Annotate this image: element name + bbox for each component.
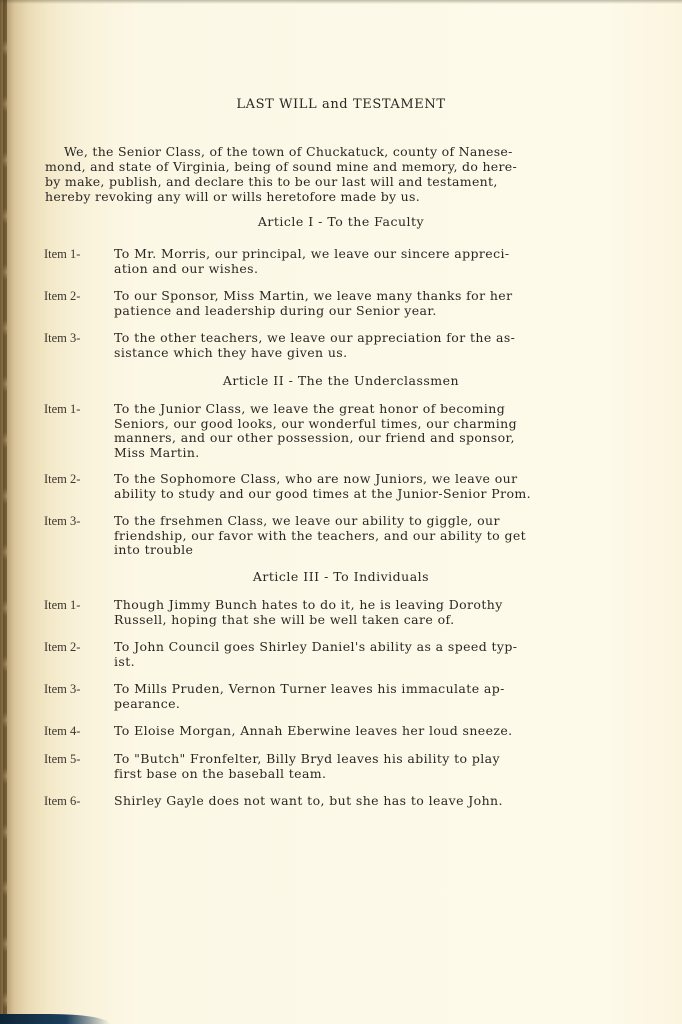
intro-line: mond, and state of Virginia, being of so…	[45, 159, 615, 174]
item-label: Item 3-	[44, 331, 80, 346]
item-line: manners, and our other possession, our f…	[114, 431, 517, 446]
item-line: into trouble	[114, 543, 526, 558]
item-line: To our Sponsor, Miss Martin, we leave ma…	[114, 289, 512, 304]
item-label: Item 5-	[44, 752, 80, 767]
item-line: ist.	[114, 655, 517, 670]
item-line: pearance.	[114, 697, 505, 712]
item-line: To the Sophomore Class, who are now Juni…	[114, 472, 531, 487]
item-text: Shirley Gayle does not want to, but she …	[114, 794, 503, 809]
item-text: To the frsehmen Class, we leave our abil…	[114, 514, 526, 558]
item-line: To the frsehmen Class, we leave our abil…	[114, 514, 526, 529]
item-label: Item 3-	[44, 514, 80, 529]
item-label: Item 6-	[44, 794, 80, 809]
item-text: To the other teachers, we leave our appr…	[114, 331, 515, 360]
item-line: patience and leadership during our Senio…	[114, 304, 512, 319]
item-label: Item 1-	[44, 598, 80, 613]
item-text: To John Council goes Shirley Daniel's ab…	[114, 640, 517, 669]
item-line: friendship, our favor with the teachers,…	[114, 529, 526, 544]
document-title: LAST WILL and TESTAMENT	[0, 97, 682, 112]
intro-line: hereby revoking any will or wills hereto…	[45, 189, 615, 204]
item-label: Item 2-	[44, 472, 80, 487]
item-label: Item 1-	[44, 247, 80, 262]
item-line: first base on the baseball team.	[114, 767, 500, 782]
item-text: To our Sponsor, Miss Martin, we leave ma…	[114, 289, 512, 318]
item-label: Item 2-	[44, 640, 80, 655]
item-line: To Mr. Morris, our principal, we leave o…	[114, 247, 510, 262]
item-line: To Mills Pruden, Vernon Turner leaves hi…	[114, 682, 505, 697]
item-line: Shirley Gayle does not want to, but she …	[114, 794, 503, 809]
scan-edge-artifact	[0, 1014, 110, 1024]
article-heading: Article II - The the Underclassmen	[0, 373, 682, 388]
item-line: sistance which they have given us.	[114, 346, 515, 361]
item-line: Russell, hoping that she will be well ta…	[114, 613, 503, 628]
item-line: Miss Martin.	[114, 446, 517, 461]
article-heading: Article I - To the Faculty	[0, 214, 682, 229]
item-label: Item 4-	[44, 724, 80, 739]
binding-spine	[3, 0, 7, 1024]
item-line: Seniors, our good looks, our wonderful t…	[114, 417, 517, 432]
intro-line: We, the Senior Class, of the town of Chu…	[45, 144, 615, 159]
intro-line: by make, publish, and declare this to be…	[45, 174, 615, 189]
item-text: To the Sophomore Class, who are now Juni…	[114, 472, 531, 501]
item-label: Item 3-	[44, 682, 80, 697]
article-heading: Article III - To Individuals	[0, 569, 682, 584]
item-line: Though Jimmy Bunch hates to do it, he is…	[114, 598, 503, 613]
item-text: To "Butch" Fronfelter, Billy Bryd leaves…	[114, 752, 500, 781]
item-line: ability to study and our good times at t…	[114, 487, 531, 502]
item-line: ation and our wishes.	[114, 262, 510, 277]
item-line: To John Council goes Shirley Daniel's ab…	[114, 640, 517, 655]
item-line: To the Junior Class, we leave the great …	[114, 402, 517, 417]
item-line: To "Butch" Fronfelter, Billy Bryd leaves…	[114, 752, 500, 767]
item-text: Though Jimmy Bunch hates to do it, he is…	[114, 598, 503, 627]
intro-paragraph: We, the Senior Class, of the town of Chu…	[45, 144, 615, 204]
item-text: To Mr. Morris, our principal, we leave o…	[114, 247, 510, 276]
item-text: To Eloise Morgan, Annah Eberwine leaves …	[114, 724, 513, 739]
item-line: To the other teachers, we leave our appr…	[114, 331, 515, 346]
item-line: To Eloise Morgan, Annah Eberwine leaves …	[114, 724, 513, 739]
item-text: To the Junior Class, we leave the great …	[114, 402, 517, 460]
item-label: Item 2-	[44, 289, 80, 304]
page-top-shadow	[0, 0, 682, 4]
item-label: Item 1-	[44, 402, 80, 417]
item-text: To Mills Pruden, Vernon Turner leaves hi…	[114, 682, 505, 711]
